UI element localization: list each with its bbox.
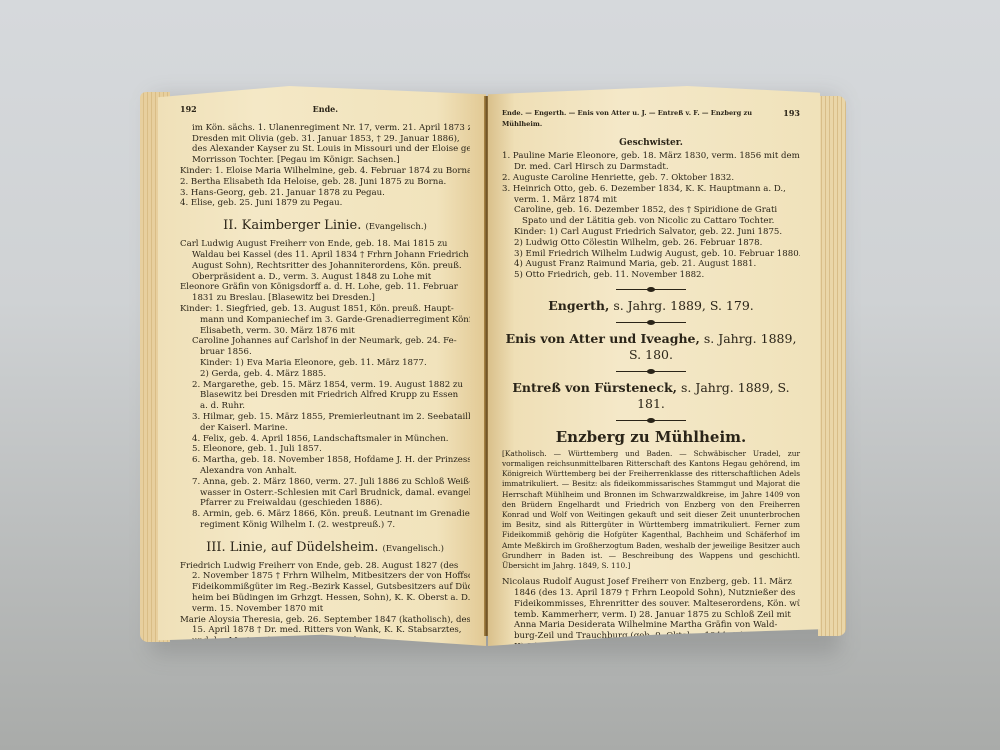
text-line: Marie Aloysia Theresia, geb. 26. Septemb… <box>180 615 470 626</box>
ornamental-rule <box>616 370 686 373</box>
text-line: 15. April 1878 † Dr. med. Ritters von Wa… <box>180 625 470 636</box>
text-line: August Sohn), Rechtsritter des Johannite… <box>180 261 470 272</box>
text-line: Alexandra von Anhalt. <box>180 466 470 477</box>
text-line: der Kaiserl. Marine. <box>180 423 470 434</box>
text-line: Eleonore Gräfin von Königsdorff a. d. H.… <box>180 282 470 293</box>
text-line: mann und Kompaniechef im 3. Garde-Grenad… <box>180 315 470 326</box>
text-line: 5) Otto Friedrich, geb. 11. November 188… <box>502 270 800 281</box>
text-line: Caroline, geb. 16. Dezember 1852, des † … <box>502 205 800 216</box>
photo-scene: 192 Ende. im Kön. sächs. 1. Ulanenregime… <box>0 0 1000 750</box>
text-line: 4) August Franz Raimund Maria, geb. 21. … <box>502 259 800 270</box>
text-line: 3) Emil Friedrich Wilhelm Ludwig August,… <box>502 249 800 260</box>
text-line: 1846 (des 13. April 1879 † Frhrn Leopold… <box>502 588 800 599</box>
text-line: verm. 1. März 1874 mit <box>502 195 800 206</box>
text-line: 1. Pauline Marie Eleonore, geb. 18. März… <box>502 151 800 162</box>
right-page: Ende. — Engerth. — Enis von Atter u. J. … <box>488 86 820 646</box>
text-line: Nicolaus Rudolf August Josef Freiherr vo… <box>502 577 800 588</box>
running-head-title: Ende. — Engerth. — Enis von Atter u. J. … <box>502 108 783 130</box>
text-line: 1831 zu Breslau. [Blasewitz bei Dresden.… <box>180 293 470 304</box>
text-line: 6. Martha, geb. 18. November 1858, Hofda… <box>180 455 470 466</box>
text-line: heim bei Büdingen im Grhzgt. Hessen, Soh… <box>180 593 470 604</box>
text-line: 2. Margarethe, geb. 15. März 1854, verm.… <box>180 380 470 391</box>
text-line: 5. Eleonore, geb. 1. Juli 1857. <box>180 444 470 455</box>
text-line: 7. Anna, geb. 2. März 1860, verm. 27. Ju… <box>180 477 470 488</box>
ornamental-rule <box>616 321 686 324</box>
text-line: bruar 1856. <box>180 347 470 358</box>
enzberg-heading: Enzberg zu Mühlheim. <box>502 432 800 443</box>
text-line: Dr. med. Carl Hirsch zu Darmstadt. <box>502 162 800 173</box>
page-stack-right <box>818 96 846 636</box>
reference-name: Engerth, <box>548 298 609 313</box>
text-line: 4. Felix, geb. 4. April 1856, Landschaft… <box>180 434 470 445</box>
section-heading-kaimberger: II. Kaimberger Linie. (Evangelisch.) <box>180 217 470 236</box>
text-line: 2) Ludwig Otto Cölestin Wilhelm, geb. 26… <box>502 238 800 249</box>
reference-enis: Enis von Atter und Iveaghe, s. Jahrg. 18… <box>502 331 800 363</box>
section-title: II. Kaimberger Linie. <box>223 218 361 233</box>
text-line: 3. Heinrich Otto, geb. 6. Dezember 1834,… <box>502 184 800 195</box>
duedelsheim-entry: Friedrich Ludwig Freiherr von Ende, geb.… <box>180 561 470 646</box>
text-line: Anna Maria Desiderata Wilhelmine Martha … <box>502 620 800 631</box>
section-title: III. Linie, auf Düdelsheim. <box>206 540 378 555</box>
text-line: Friedrich Ludwig Freiherr von Ende, geb.… <box>180 561 470 572</box>
text-line: 4. Elise, geb. 25. Juni 1879 zu Pegau. <box>180 198 470 209</box>
text-line: Carl Ludwig August Freiherr von Ende, ge… <box>180 239 470 250</box>
text-line: 2. Auguste Caroline Henriette, geb. 7. O… <box>502 173 800 184</box>
ornamental-rule <box>616 288 686 291</box>
siblings-heading: Geschwister. <box>502 138 800 149</box>
text-line: verm. 15. November 1870 mit <box>180 604 470 615</box>
running-head-title: Ende. <box>197 104 454 115</box>
text-line: 3. Hans-Georg, geb. 21. Januar 1878 zu P… <box>180 188 470 199</box>
section-heading-duedelsheim: III. Linie, auf Düdelsheim. (Evangelisch… <box>180 539 470 558</box>
text-line: 3. Hilmar, geb. 15. März 1855, Premierle… <box>180 412 470 423</box>
text-line: Dresden mit Olivia (geb. 31. Januar 1853… <box>180 134 470 145</box>
text-line: des Alexander Kayser zu St. Louis in Mis… <box>180 144 470 155</box>
text-line: im Kön. sächs. 1. Ulanenregiment Nr. 17,… <box>180 123 470 134</box>
text-line: temb. Kammerherr, verm. I) 28. Januar 18… <box>502 610 800 621</box>
right-running-head: Ende. — Engerth. — Enis von Atter u. J. … <box>502 108 800 130</box>
reference-engerth: Engerth, s. Jahrg. 1889, S. 179. <box>502 298 800 314</box>
page-number: 192 <box>180 104 197 115</box>
text-line: Spato und der Lätitia geb. von Nicolic z… <box>502 216 800 227</box>
text-line: Kinder: 1. Siegfried, geb. 13. August 18… <box>180 304 470 315</box>
text-line: Oberpräsident a. D., verm. 3. August 184… <box>180 272 470 283</box>
text-line: 2. Bertha Elisabeth Ida Heloise, geb. 28… <box>180 177 470 188</box>
kaimberger-entry: Carl Ludwig August Freiherr von Ende, ge… <box>180 239 470 531</box>
enzberg-intro: [Katholisch. — Württemberg und Baden. — … <box>502 449 800 571</box>
text-line: Kinder: 1. Eloise Maria Wilhelmine, geb.… <box>180 166 470 177</box>
ornamental-rule <box>616 419 686 422</box>
text-line: Kinder: 1) Carl August Friedrich Salvato… <box>502 227 800 238</box>
text-line: Fideikommisses, Ehrenritter des souver. … <box>502 599 800 610</box>
text-line: 2. November 1875 † Frhrn Wilhelm, Mitbes… <box>180 571 470 582</box>
siblings-list: 1. Pauline Marie Eleonore, geb. 18. März… <box>502 151 800 281</box>
text-line: Kinder: 1) Eva Maria Eleonore, geb. 11. … <box>180 358 470 369</box>
left-page: 192 Ende. im Kön. sächs. 1. Ulanenregime… <box>158 86 486 646</box>
text-line: wasser in Österr.-Schlesien mit Carl Bru… <box>180 488 470 499</box>
text-line: regiment König Wilhelm I. (2. westpreuß.… <box>180 520 470 531</box>
page-number: 193 <box>783 108 800 130</box>
text-line: Morrisson Tochter. [Pegau im Königr. Sac… <box>180 155 470 166</box>
text-line: Fideikommißgüter im Reg.-Bezirk Kassel, … <box>180 582 470 593</box>
text-line: 2) Gerda, geb. 4. März 1885. <box>180 369 470 380</box>
section-note: (Evangelisch.) <box>365 222 426 232</box>
text-line: Caroline Johannes auf Carlshof in der Ne… <box>180 336 470 347</box>
reference-target: s. Jahrg. 1889, S. 179. <box>613 298 753 313</box>
reference-name: Enis von Atter und Iveaghe, <box>506 331 700 346</box>
text-line: Blasewitz bei Dresden mit Friedrich Alfr… <box>180 390 470 401</box>
text-line: Waldau bei Kassel (des 11. April 1834 † … <box>180 250 470 261</box>
text-line: a. d. Ruhr. <box>180 401 470 412</box>
reference-entress: Entreß von Fürsteneck, s. Jahrg. 1889, S… <box>502 380 800 412</box>
ende-entry-continuation: im Kön. sächs. 1. Ulanenregiment Nr. 17,… <box>180 123 470 209</box>
reference-name: Entreß von Fürsteneck, <box>512 380 677 395</box>
text-line: 8. Armin, geb. 6. März 1866, Kön. preuß.… <box>180 509 470 520</box>
left-running-head: 192 Ende. <box>180 104 470 115</box>
text-line: Pfarrer zu Freiwaldau (geschieden 1886). <box>180 498 470 509</box>
section-note: (Evangelisch.) <box>383 544 444 554</box>
text-line: Elisabeth, verm. 30. März 1876 mit <box>180 326 470 337</box>
